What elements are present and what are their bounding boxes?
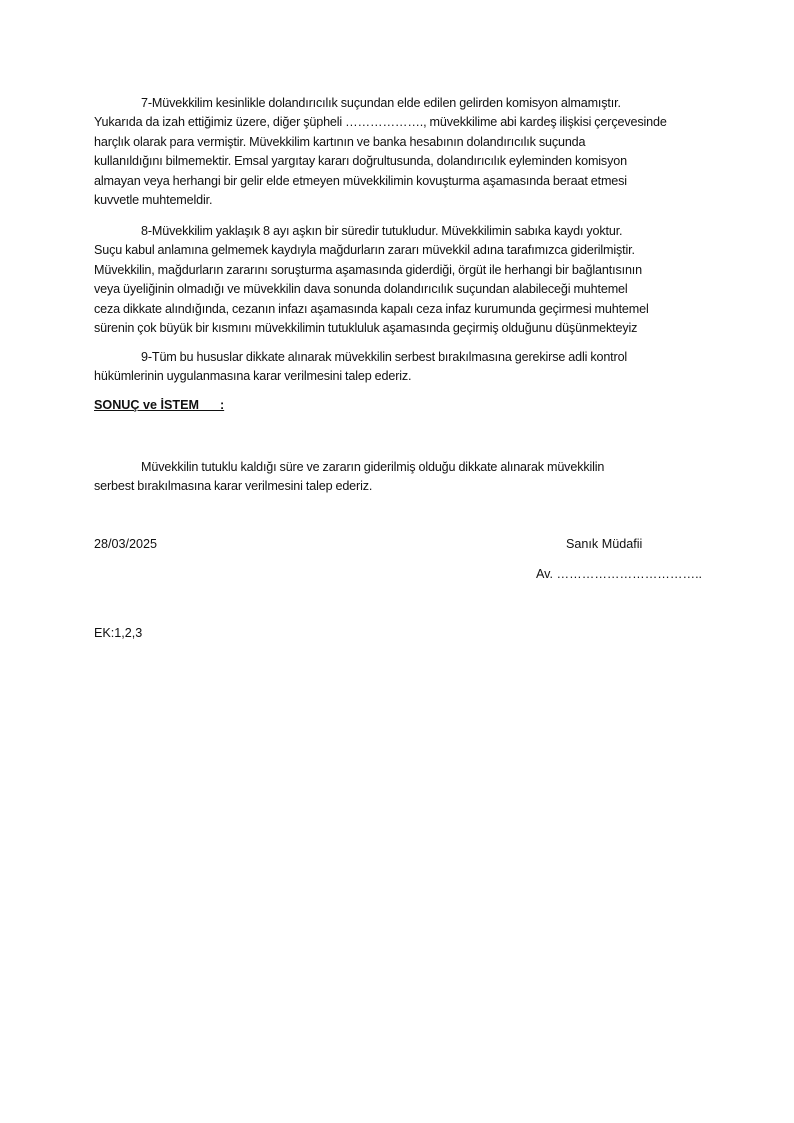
conclusion-paragraph: Müvekkilin tutuklu kaldığı süre ve zarar… [94,458,704,497]
attachments-note: EK:1,2,3 [94,626,142,640]
text-line: Yukarıda da izah ettiğimiz üzere, diğer … [94,113,704,132]
text-line: kuvvetle muhtemeldir. [94,191,704,210]
text-line: Suçu kabul anlamına gelmemek kaydıyla ma… [94,241,704,260]
text-line: 8-Müvekkilim yaklaşık 8 ayı aşkın bir sü… [94,222,704,241]
text-line: veya üyeliğinin olmadığı ve müvekkilin d… [94,280,704,299]
text-line: kullanıldığını bilmemektir. Emsal yargıt… [94,152,704,171]
text-line: ceza dikkate alındığında, cezanın infazı… [94,300,704,319]
paragraph-8: 8-Müvekkilim yaklaşık 8 ayı aşkın bir sü… [94,222,704,338]
text-line: 7-Müvekkilim kesinlikle dolandırıcılık s… [94,94,704,113]
signer-title: Sanık Müdafii [566,537,642,551]
text-line: Müvekkilin tutuklu kaldığı süre ve zarar… [94,458,704,477]
text-line: almayan veya herhangi bir gelir elde etm… [94,172,704,191]
signer-name: Av. …………………………….. [536,567,702,581]
paragraph-7: 7-Müvekkilim kesinlikle dolandırıcılık s… [94,94,704,210]
section-heading: SONUÇ ve İSTEM : [94,398,224,412]
text-line: serbest bırakılmasına karar verilmesini … [94,477,704,496]
document-page: 7-Müvekkilim kesinlikle dolandırıcılık s… [0,0,794,1123]
text-line: sürenin çok büyük bir kısmını müvekkilim… [94,319,704,338]
text-line: 9-Tüm bu hususlar dikkate alınarak müvek… [94,348,704,367]
text-line: harçlık olarak para vermiştir. Müvekkili… [94,133,704,152]
paragraph-9: 9-Tüm bu hususlar dikkate alınarak müvek… [94,348,704,387]
document-date: 28/03/2025 [94,537,157,551]
text-line: Müvekkilin, mağdurların zararını soruştu… [94,261,704,280]
text-line: hükümlerinin uygulanmasına karar verilme… [94,367,704,386]
